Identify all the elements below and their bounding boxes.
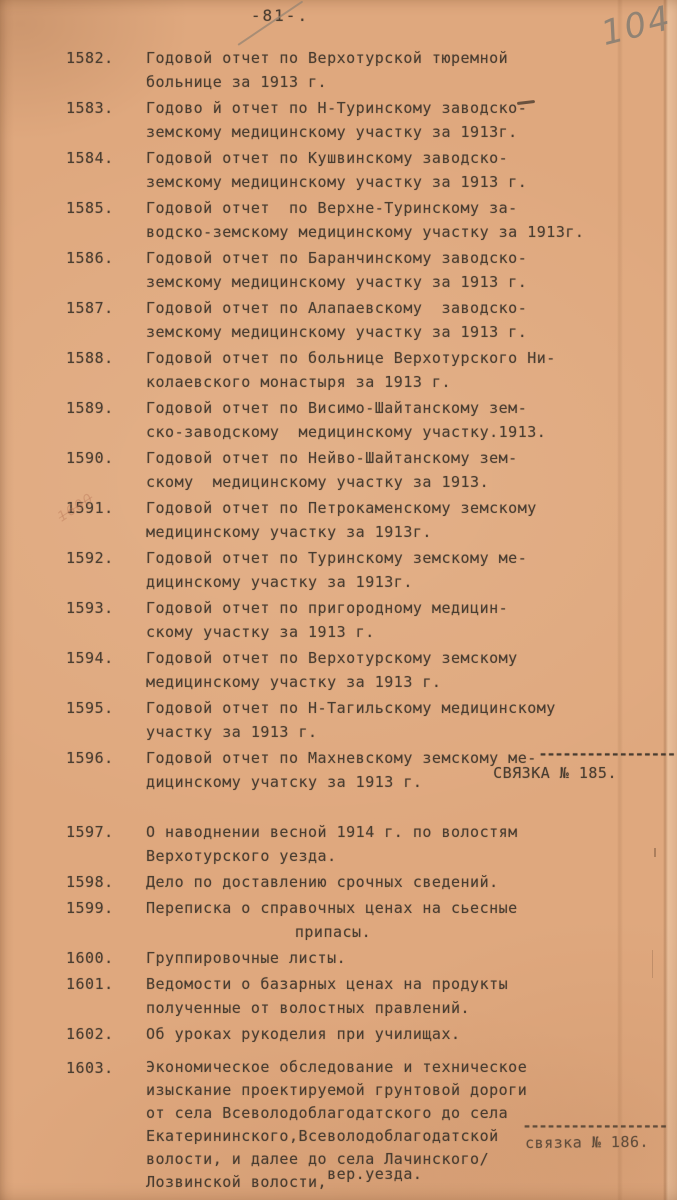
entry-line: Дело по доставлению срочных сведений. [146, 870, 600, 894]
bundle-label: СВЯЗКА № 185. [0, 760, 677, 786]
entry-number: 1586. [66, 246, 146, 294]
entry-line: Годовой отчет по Верхотурскому земскому [146, 646, 600, 670]
entry-text: Годовой отчет по Баранчинскому заводско-… [146, 246, 600, 294]
entry-row: 1594.Годовой отчет по Верхотурскому земс… [0, 646, 677, 694]
entry-number: 1582. [66, 46, 146, 94]
entry-line: полученные от волостных правлений. [146, 996, 600, 1020]
entry-line: Годовой отчет по Кушвинскому заводско- [146, 146, 600, 170]
typed-dash-rule: ----------------- [0, 748, 677, 760]
entry-line: медицинскому участку за 1913г. [146, 520, 600, 544]
entry-row: 1588.Годовой отчет по больнице Верхотурс… [0, 346, 677, 394]
entry-text: Годовой отчет по больнице Верхотурского … [146, 346, 600, 394]
entry-line: земскому медицинскому участку за 1913 г. [146, 270, 600, 294]
entry-text: Годовой отчет по пригородному медицин-ск… [146, 596, 600, 644]
entry-line: скому участку за 1913 г. [146, 620, 600, 644]
entry-row: 1590.Годовой отчет по Нейво-Шайтанскому … [0, 446, 677, 494]
entry-line: припасы. [146, 920, 600, 944]
entry-line: изыскание проектируемой грунтовой дороги [146, 1079, 600, 1102]
entry-line: Годовой отчет по пригородному медицин- [146, 596, 600, 620]
entry-number: 1601. [66, 972, 146, 1020]
entry-line: земскому медицинскому участку за 1913 г. [146, 170, 600, 194]
entry-number: 1597. [66, 820, 146, 868]
entry-line: Годовой отчет по Нейво-Шайтанскому зем- [146, 446, 600, 470]
entry-text: Годовой отчет по Кушвинскому заводско-зе… [146, 146, 600, 194]
entry-row: 1595.Годовой отчет по Н-Тагильскому меди… [0, 696, 677, 744]
entry-row: 1585.Годовой отчет по Верхне-Туринскому … [0, 196, 677, 244]
inventory-entries-list: 1582.Годовой отчет по Верхотурской тюрем… [0, 0, 677, 1196]
entry-row: 1582.Годовой отчет по Верхотурской тюрем… [0, 46, 677, 94]
entry-text: Годовой отчет по Верхне-Туринскому за-во… [146, 196, 600, 244]
entry-row: 1599.Переписка о справочных ценах на сье… [0, 896, 677, 944]
entry-number: 1594. [66, 646, 146, 694]
bundle-note-185: ----------------- СВЯЗКА № 185. [0, 748, 677, 786]
entry-row: 1593.Годовой отчет по пригородному медиц… [0, 596, 677, 644]
entry-line: Годовой отчет по Верхотурской тюремной [146, 46, 600, 70]
entry-line: Ведомости о базарных ценах на продукты [146, 972, 600, 996]
bundle-note-186: ------------------ связка № 186. [0, 1120, 677, 1158]
entry-line: больнице за 1913 г. [146, 70, 600, 94]
entry-line: Годовой отчет по Петрокаменскому земском… [146, 496, 600, 520]
entry-number: 1593. [66, 596, 146, 644]
entry-number: 1590. [66, 446, 146, 494]
entry-text: О наводнении весной 1914 г. по волостямВ… [146, 820, 600, 868]
entry-number: 1588. [66, 346, 146, 394]
entry-row: 1583.Годово й отчет по Н-Туринскому заво… [0, 96, 677, 144]
margin-tick-mark [652, 950, 653, 978]
entry-line: участку за 1913 г. [146, 720, 600, 744]
entry-line: Об уроках рукоделия при училищах. [146, 1022, 600, 1046]
entry-row: 1589.Годовой отчет по Висимо-Шайтанскому… [0, 396, 677, 444]
entry-text: Ведомости о базарных ценах на продуктыпо… [146, 972, 600, 1020]
entry-number: 1583. [66, 96, 146, 144]
entry-number: 1595. [66, 696, 146, 744]
entry-line: Годовой отчет по Верхне-Туринскому за- [146, 196, 600, 220]
entry-line: колаевского монастыря за 1913 г. [146, 370, 600, 394]
entry-number: 1589. [66, 396, 146, 444]
entry-number: 1602. [66, 1022, 146, 1046]
entry-line: земскому медицинскому участку за 1913г. [146, 120, 600, 144]
entry-line: Годовой отчет по Висимо-Шайтанскому зем- [146, 396, 600, 420]
entry-line: скому медицинскому участку за 1913. [146, 470, 600, 494]
entry-line: Верхотурского уезда. [146, 844, 600, 868]
entry-line: Группировочные листы. [146, 946, 600, 970]
entry-text: Переписка о справочных ценах на сьесныеп… [146, 896, 600, 944]
entry-line: Годовой отчет по Туринскому земскому ме- [146, 546, 600, 570]
entry-number: 1584. [66, 146, 146, 194]
entry-text: Годовой отчет по Верхотурской тюремнойбо… [146, 46, 600, 94]
entry-row: 1587.Годовой отчет по Алапаевскому завод… [0, 296, 677, 344]
entry-number: 1585. [66, 196, 146, 244]
entry-text: Годовой отчет по Верхотурскому земскомум… [146, 646, 600, 694]
entry-text: Об уроках рукоделия при училищах. [146, 1022, 600, 1046]
entry-number: 1600. [66, 946, 146, 970]
bundle-label: связка № 186. [0, 1128, 677, 1161]
entry-row: 1601.Ведомости о базарных ценах на проду… [0, 972, 677, 1020]
entry-line: Годовой отчет по больнице Верхотурского … [146, 346, 600, 370]
entry-line: Лозвинской волости,вер.уезда. [146, 1171, 600, 1194]
entry-line-base: Лозвинской волости, [146, 1173, 327, 1191]
entry-text: Дело по доставлению срочных сведений. [146, 870, 600, 894]
entry-text: Группировочные листы. [146, 946, 600, 970]
entry-number: 1587. [66, 296, 146, 344]
entry-text: Годовой отчет по Петрокаменскому земском… [146, 496, 600, 544]
entry-line: медицинскому участку за 1913 г. [146, 670, 600, 694]
entry-line: земскому медицинскому участку за 1913 г. [146, 320, 600, 344]
entry-row: 1602.Об уроках рукоделия при училищах. [0, 1022, 677, 1046]
entry-row: 1584.Годовой отчет по Кушвинскому заводс… [0, 146, 677, 194]
entry-line: водско-земскому медицинскому участку за … [146, 220, 600, 244]
entry-line-raised: вер.уезда. [327, 1165, 422, 1183]
entry-number: 1598. [66, 870, 146, 894]
entry-row: 1591.Годовой отчет по Петрокаменскому зе… [0, 496, 677, 544]
margin-tick-mark [654, 848, 656, 857]
entry-line: Годовой отчет по Баранчинскому заводско- [146, 246, 600, 270]
entry-line: Годовой отчет по Алапаевскому заводско- [146, 296, 600, 320]
entry-text: Годовой отчет по Алапаевскому заводско-з… [146, 296, 600, 344]
entry-line: ско-заводскому медицинскому участку.1913… [146, 420, 600, 444]
entry-number: 1592. [66, 546, 146, 594]
entry-line: Экономическое обследование и техническое [146, 1056, 600, 1079]
entry-number: 1599. [66, 896, 146, 944]
entry-row: 1586.Годовой отчет по Баранчинскому заво… [0, 246, 677, 294]
entry-text: Годовой отчет по Нейво-Шайтанскому зем-с… [146, 446, 600, 494]
entry-text: Годовой отчет по Висимо-Шайтанскому зем-… [146, 396, 600, 444]
entry-text: Годовой отчет по Туринскому земскому ме-… [146, 546, 600, 594]
entry-line: Годовой отчет по Н-Тагильскому медицинск… [146, 696, 600, 720]
entry-line: дицинскому участку за 1913г. [146, 570, 600, 594]
entry-line: О наводнении весной 1914 г. по волостям [146, 820, 600, 844]
entry-row: 1598.Дело по доставлению срочных сведени… [0, 870, 677, 894]
entry-row: 1597.О наводнении весной 1914 г. по воло… [0, 820, 677, 868]
entry-line: Переписка о справочных ценах на сьесные [146, 896, 600, 920]
archive-page-scan: -81-. 104 1582.Годовой отчет по Верхотур… [0, 0, 677, 1200]
entry-text: Годовой отчет по Н-Тагильскому медицинск… [146, 696, 600, 744]
entry-row: 1592.Годовой отчет по Туринскому земском… [0, 546, 677, 594]
entry-row: 1600.Группировочные листы. [0, 946, 677, 970]
